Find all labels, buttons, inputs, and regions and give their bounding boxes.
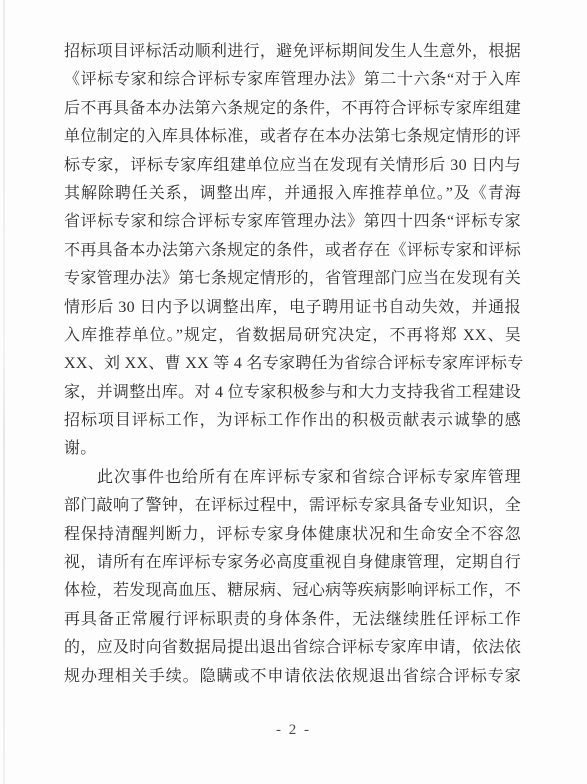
text-line: XX、刘 XX、曹 XX 等 4 名专家聘任为省综合评标专家库评标专 (64, 350, 521, 378)
text-line: 谢。 (64, 435, 521, 463)
text-line: 视，请所有在库评标专家务必高度重视自身健康管理，定期自行 (64, 549, 521, 577)
scan-edge-artifact (3, 0, 5, 784)
document-page: 招标项目评标活动顺利进行，避免评标期间发生人生意外，根据《评标专家和综合评标专家… (0, 0, 587, 784)
text-line: 的，应及时向省数据局提出退出省综合评标专家库申请，依法依 (64, 634, 521, 662)
text-line: 招标项目评标活动顺利进行，避免评标期间发生人生意外，根据 (64, 38, 521, 66)
text-line: 专家管理办法》第七条规定情形的，省管理部门应当在发现有关 (64, 265, 521, 293)
text-line: 家，并调整出库。对 4 位专家积极参与和大力支持我省工程建设 (64, 379, 521, 407)
text-line: 不再具备本办法第六条规定的条件，或者存在《评标专家和评标 (64, 237, 521, 265)
page-footer: - 2 - (0, 722, 587, 739)
text-line: 情形后 30 日内予以调整出库，电子聘用证书自动失效，并通报 (64, 294, 521, 322)
text-line: 标专家，评标专家库组建单位应当在发现有关情形后 30 日内与 (64, 152, 521, 180)
text-line: 省评标专家和综合评标专家库管理办法》第四十四条“评标专家 (64, 208, 521, 236)
text-line: 单位制定的入库具体标准，或者存在本办法第七条规定情形的评 (64, 123, 521, 151)
text-line: 后不再具备本办法第六条规定的条件，不再符合评标专家库组建 (64, 95, 521, 123)
document-body: 招标项目评标活动顺利进行，避免评标期间发生人生意外，根据《评标专家和综合评标专家… (64, 38, 521, 691)
text-line: 再具备正常履行评标职责的身体条件，无法继续胜任评标工作 (64, 606, 521, 634)
text-line: 规办理相关手续。隐瞒或不申请依法依规退出省综合评标专家 (64, 663, 521, 691)
text-line: 程保持清醒判断力，评标专家身体健康状况和生命安全不容忽 (64, 521, 521, 549)
text-line: 入库推荐单位。”规定，省数据局研究决定，不再将郑 XX、吴 (64, 322, 521, 350)
text-line: 体检，若发现高血压、糖尿病、冠心病等疾病影响评标工作，不 (64, 577, 521, 605)
text-line: 《评标专家和综合评标专家库管理办法》第二十六条“对于入库 (64, 66, 521, 94)
text-line: 其解除聘任关系，调整出库，并通报入库推荐单位。”及《青海 (64, 180, 521, 208)
text-line: 部门敲响了警钟，在评标过程中，需评标专家具备专业知识，全 (64, 492, 521, 520)
text-line: 此次事件也给所有在库评标专家和省综合评标专家库管理 (64, 464, 521, 492)
page-number: - 2 - (276, 722, 311, 738)
text-line: 招标项目评标工作，为评标工作作出的积极贡献表示诚挚的感 (64, 407, 521, 435)
